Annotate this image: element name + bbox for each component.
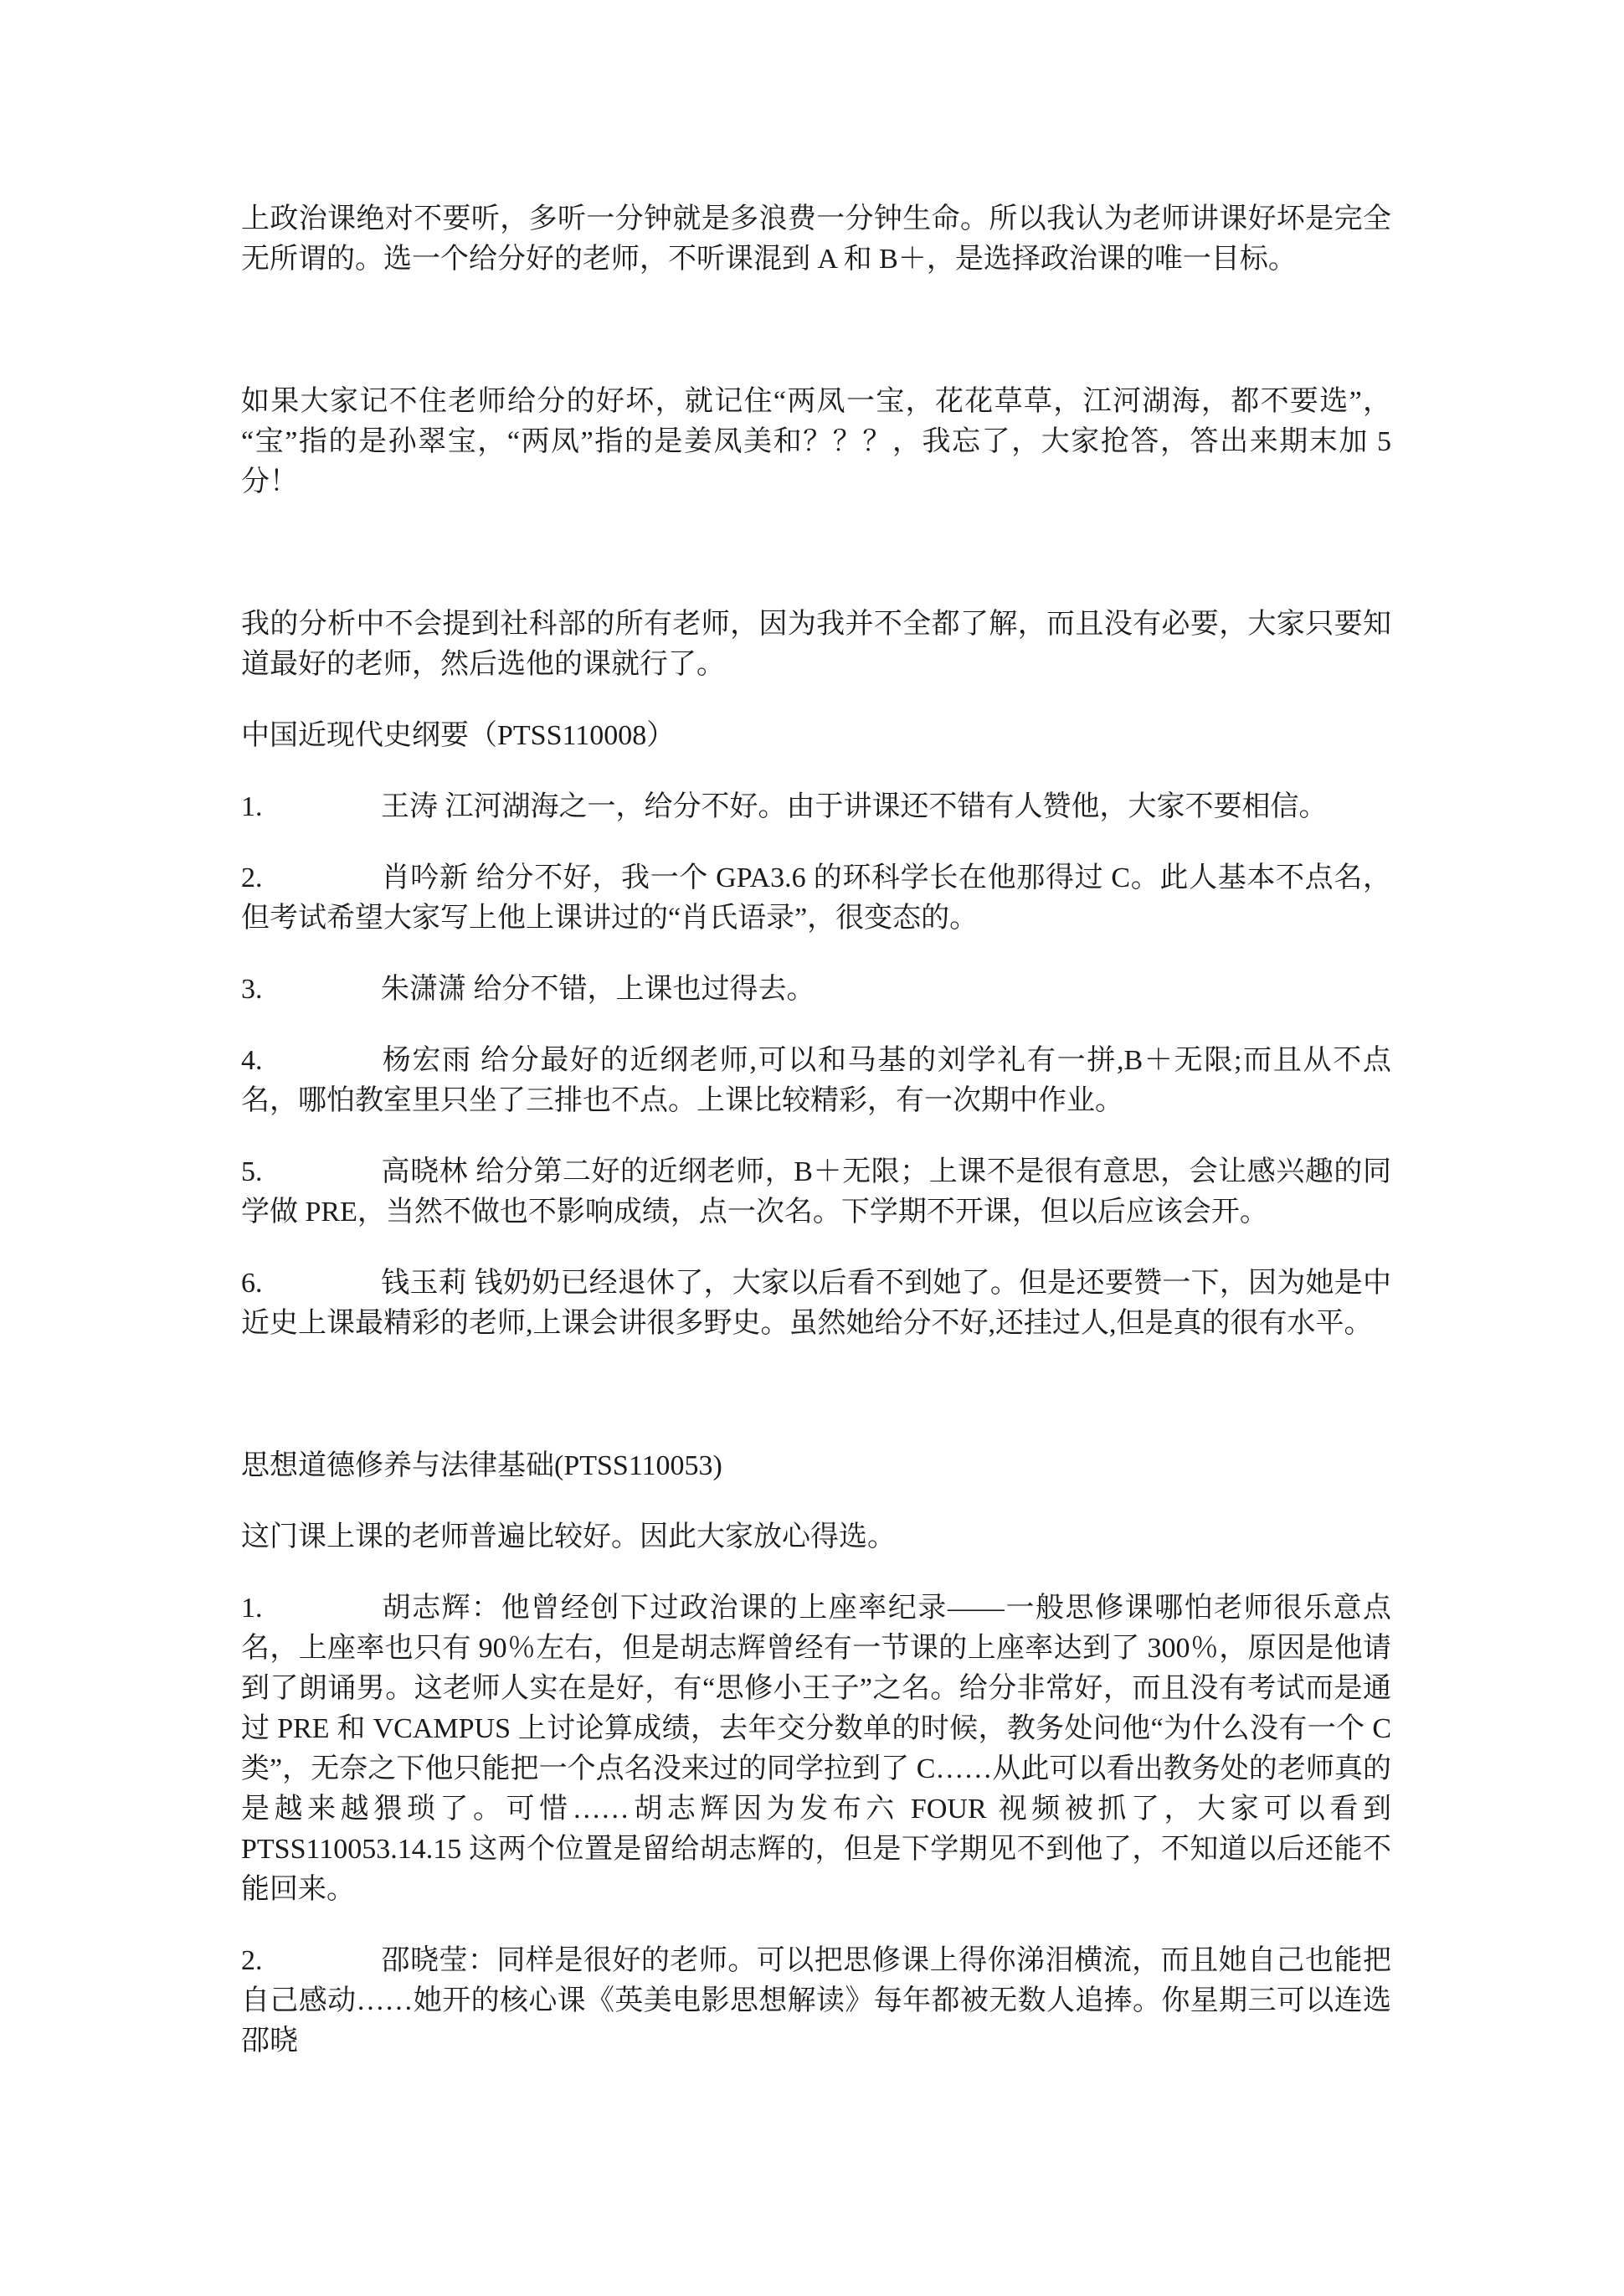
list-item-text: 朱潇潇 给分不错，上课也过得去。 [381,974,815,1005]
list-item: 5.高晓林 给分第二好的近纲老师，B＋无限；上课不是很有意思，会让感兴趣的同学做… [241,1152,1391,1233]
list-item: 4.杨宏雨 给分最好的近纲老师,可以和马基的刘学礼有一拼,B＋无限;而且从不点名… [241,1041,1391,1121]
list-item: 2.邵晓莹：同样是很好的老师。可以把思修课上得你涕泪横流，而且她自己也能把自己感… [241,1941,1391,2062]
intro-paragraph-3: 我的分析中不会提到社科部的所有老师，因为我并不全都了解，而且没有必要，大家只要知… [241,605,1391,685]
list-item-text: 高晓林 给分第二好的近纲老师，B＋无限；上课不是很有意思，会让感兴趣的同学做 P… [241,1156,1391,1228]
list-item: 1.胡志辉：他曾经创下过政治课的上座率纪录——一般思修课哪怕老师很乐意点名，上座… [241,1588,1391,1910]
list-item-number: 3. [241,970,381,1010]
list-item-number: 4. [241,1041,381,1081]
list-item-number: 2. [241,1941,381,1981]
list-item-number: 1. [241,787,381,827]
list-item-text: 王涛 江河湖海之一，给分不好。由于讲课还不错有人赞他，大家不要相信。 [381,791,1328,822]
list-item-number: 1. [241,1588,381,1629]
list-item-text: 邵晓莹：同样是很好的老师。可以把思修课上得你涕泪横流，而且她自己也能把自己感动…… [241,1945,1391,2057]
list-item-text: 胡志辉：他曾经创下过政治课的上座率纪录——一般思修课哪怕老师很乐意点名，上座率也… [241,1593,1391,1905]
list-item-text: 钱玉莉 钱奶奶已经退休了，大家以后看不到她了。但是还要赞一下，因为她是中近史上课… [241,1268,1391,1339]
intro-paragraph-2: 如果大家记不住老师给分的好坏，就记住“两凤一宝，花花草草，江河湖海，都不要选”，… [241,382,1391,502]
list-item-text: 杨宏雨 给分最好的近纲老师,可以和马基的刘学礼有一拼,B＋无限;而且从不点名，哪… [241,1045,1391,1116]
intro-paragraph-1: 上政治课绝对不要听，多听一分钟就是多浪费一分钟生命。所以我认为老师讲课好坏是完全… [241,199,1391,280]
list-item-number: 2. [241,858,381,898]
section-intro: 这门课上课的老师普遍比较好。因此大家放心得选。 [241,1517,1391,1557]
section-title-ideology-law: 思想道德修养与法律基础(PTSS110053) [241,1446,1391,1486]
list-item: 3.朱潇潇 给分不错，上课也过得去。 [241,970,1391,1010]
list-item: 2.肖吟新 给分不好，我一个 GPA3.6 的环科学长在他那得过 C。此人基本不… [241,858,1391,939]
list-item-text: 肖吟新 给分不好，我一个 GPA3.6 的环科学长在他那得过 C。此人基本不点名… [241,862,1391,934]
document-page: 上政治课绝对不要听，多听一分钟就是多浪费一分钟生命。所以我认为老师讲课好坏是完全… [0,0,1624,2296]
list-item: 6.钱玉莉 钱奶奶已经退休了，大家以后看不到她了。但是还要赞一下，因为她是中近史… [241,1264,1391,1344]
list-item-number: 6. [241,1264,381,1304]
list-item: 1.王涛 江河湖海之一，给分不好。由于讲课还不错有人赞他，大家不要相信。 [241,787,1391,827]
section-title-modern-history: 中国近现代史纲要（PTSS110008） [241,716,1391,756]
list-item-number: 5. [241,1152,381,1192]
